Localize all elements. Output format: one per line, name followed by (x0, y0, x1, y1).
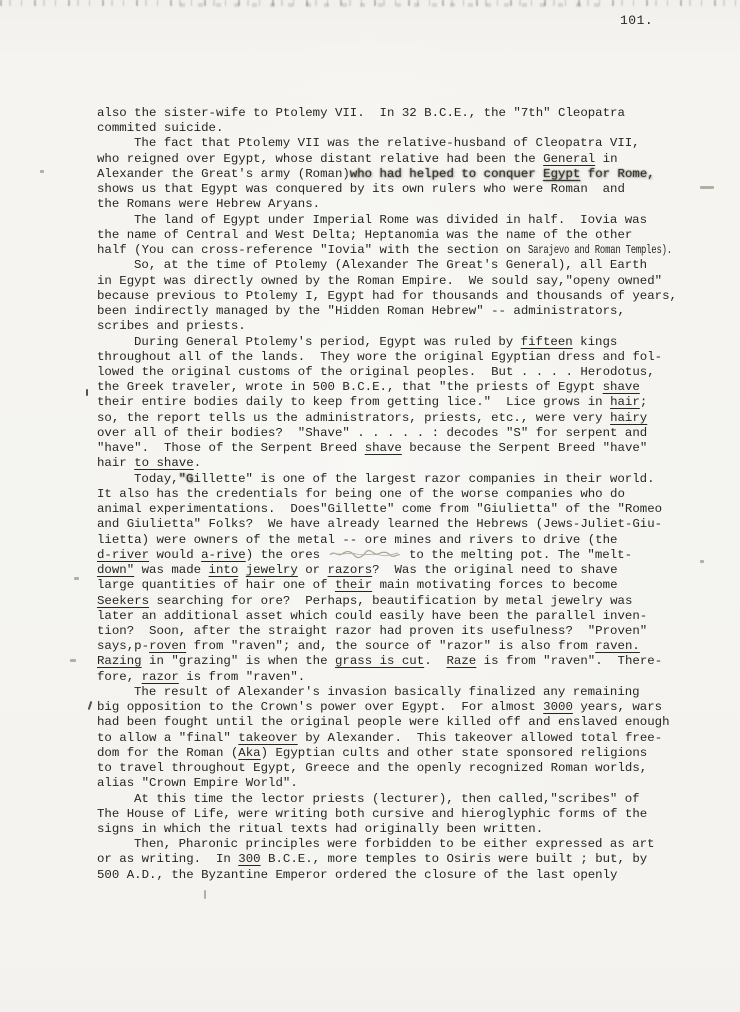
text-line: tion? Soon, after the straight razor had… (97, 624, 717, 639)
text-segment: who had helped to conquer (350, 167, 543, 181)
text-line: "have". Those of the Serpent Breed shave… (97, 441, 717, 456)
scan-speck (204, 890, 206, 899)
text-line: the Greek traveler, wrote in 500 B.C.E.,… (97, 380, 717, 395)
underlined-text: roven (149, 639, 186, 653)
text-line: dom for the Roman (Aka) Egyptian cults a… (97, 746, 717, 761)
underlined-text: down" (97, 563, 134, 577)
text-line: later an additional asset which could ea… (97, 609, 717, 624)
text-line: their entire bodies daily to keep from g… (97, 395, 717, 410)
underlined-text: grass is cut (335, 654, 424, 668)
underlined-text: Seekers (97, 594, 149, 608)
text-line: Alexander the Great's army (Roman)who ha… (97, 167, 717, 182)
text-line: commited suicide. (97, 121, 717, 136)
text-line: also the sister-wife to Ptolemy VII. In … (97, 106, 717, 121)
underlined-text: General (543, 152, 595, 166)
text-line: and Giulietta" Folks? We have already le… (97, 517, 717, 532)
underlined-text: razor (142, 670, 179, 684)
scan-speck (74, 577, 79, 580)
text-segment: for Rome, (580, 167, 654, 181)
text-line: shows us that Egypt was conquered by its… (97, 182, 717, 197)
underlined-text: shave (603, 380, 640, 394)
underlined-text: into (209, 563, 239, 577)
underlined-text: their (335, 578, 372, 592)
underlined-text: a-rive (201, 548, 246, 562)
underlined-text: hair (610, 395, 640, 409)
scan-speck (40, 170, 44, 173)
text-line: The House of Life, were writing both cur… (97, 807, 717, 822)
underlined-text: hairy (610, 411, 647, 425)
text-line: so, the report tells us the administrato… (97, 411, 717, 426)
text-line: d-river would a-rive) the ores to the me… (97, 548, 717, 563)
text-segment: "G (179, 472, 194, 486)
text-line: who reigned over Egypt, whose distant re… (97, 152, 717, 167)
text-line: or as writing. In 300 B.C.E., more templ… (97, 852, 717, 867)
text-line: half (You can cross-reference "Iovia" wi… (97, 243, 717, 258)
underlined-text: 300 (238, 852, 260, 866)
underlined-text: raven. (595, 639, 640, 653)
text-line: over all of their bodies? "Shave" . . . … (97, 426, 717, 441)
text-line: At this time the lector priests (lecture… (97, 792, 717, 807)
text-line: It also has the credentials for being on… (97, 487, 717, 502)
text-line: been indirectly managed by the "Hidden R… (97, 304, 717, 319)
text-line: in Egypt was directly owned by the Roman… (97, 274, 717, 289)
text-line: the Romans were Hebrew Aryans. (97, 197, 717, 212)
underlined-text: razors (328, 563, 373, 577)
scan-speck (700, 560, 704, 563)
text-line: to travel throughout Egypt, Greece and t… (97, 761, 717, 776)
scan-noise-artifact (180, 3, 600, 7)
text-line: So, at the time of Ptolemy (Alexander Th… (97, 258, 717, 273)
text-line: the name of Central and West Delta; Hept… (97, 228, 717, 243)
text-line: throughout all of the lands. They wore t… (97, 350, 717, 365)
handwritten-scribble (328, 548, 402, 559)
text-line: signs in which the ritual texts had orig… (97, 822, 717, 837)
text-line: Today,"Gillette" is one of the largest r… (97, 472, 717, 487)
text-line: big opposition to the Crown's power over… (97, 700, 717, 715)
text-line: had been fought until the original peopl… (97, 715, 717, 730)
text-line: lowed the original customs of the origin… (97, 365, 717, 380)
scan-speck (700, 186, 714, 189)
text-line: Seekers searching for ore? Perhaps, beau… (97, 594, 717, 609)
underlined-text: shave (365, 441, 402, 455)
text-line: 500 A.D., the Byzantine Emperor ordered … (97, 868, 717, 883)
text-line: The land of Egypt under Imperial Rome wa… (97, 213, 717, 228)
underlined-text: Aka (238, 746, 260, 760)
text-line: hair to shave. (97, 456, 717, 471)
text-line: alias "Crown Empire World". (97, 776, 717, 791)
underlined-text: Egypt (543, 167, 580, 181)
text-line: fore, razor is from "raven". (97, 670, 717, 685)
text-line: Then, Pharonic principles were forbidden… (97, 837, 717, 852)
scan-speck (88, 701, 93, 710)
underlined-text: 3000 (543, 700, 573, 714)
text-line: large quantities of hair one of their ma… (97, 578, 717, 593)
underlined-text: takeover (238, 731, 298, 745)
text-line: Razing in "grazing" is when the grass is… (97, 654, 717, 669)
scan-speck (70, 659, 76, 662)
underlined-text: jewelry (246, 563, 298, 577)
text-line: to allow a "final" takeover by Alexander… (97, 731, 717, 746)
page-number: 101. (620, 13, 653, 28)
text-line: because previous to Ptolemy I, Egypt had… (97, 289, 717, 304)
text-line: lietta) were owners of the metal -- ore … (97, 533, 717, 548)
underlined-text: fifteen (521, 335, 573, 349)
text-line: The fact that Ptolemy VII was the relati… (97, 136, 717, 151)
text-line: down" was made into jewelry or razors? W… (97, 563, 717, 578)
underlined-text: d-river (97, 548, 149, 562)
text-line: says,p-roven from "raven"; and, the sour… (97, 639, 717, 654)
text-line: During General Ptolemy's period, Egypt w… (97, 335, 717, 350)
page-text: also the sister-wife to Ptolemy VII. In … (97, 106, 717, 883)
text-line: The result of Alexander's invasion basic… (97, 685, 717, 700)
document-page: 101. also the sister-wife to Ptolemy VII… (0, 0, 740, 1012)
underlined-text: Raze (447, 654, 477, 668)
scan-speck (86, 389, 88, 396)
text-line: animal experimentations. Does"Gillette" … (97, 502, 717, 517)
underlined-text: Razing (97, 654, 142, 668)
underlined-text: to shave (134, 456, 194, 470)
text-line: scribes and priests. (97, 319, 717, 334)
text-segment: Sarajevo and Roman Temples). (528, 243, 672, 258)
